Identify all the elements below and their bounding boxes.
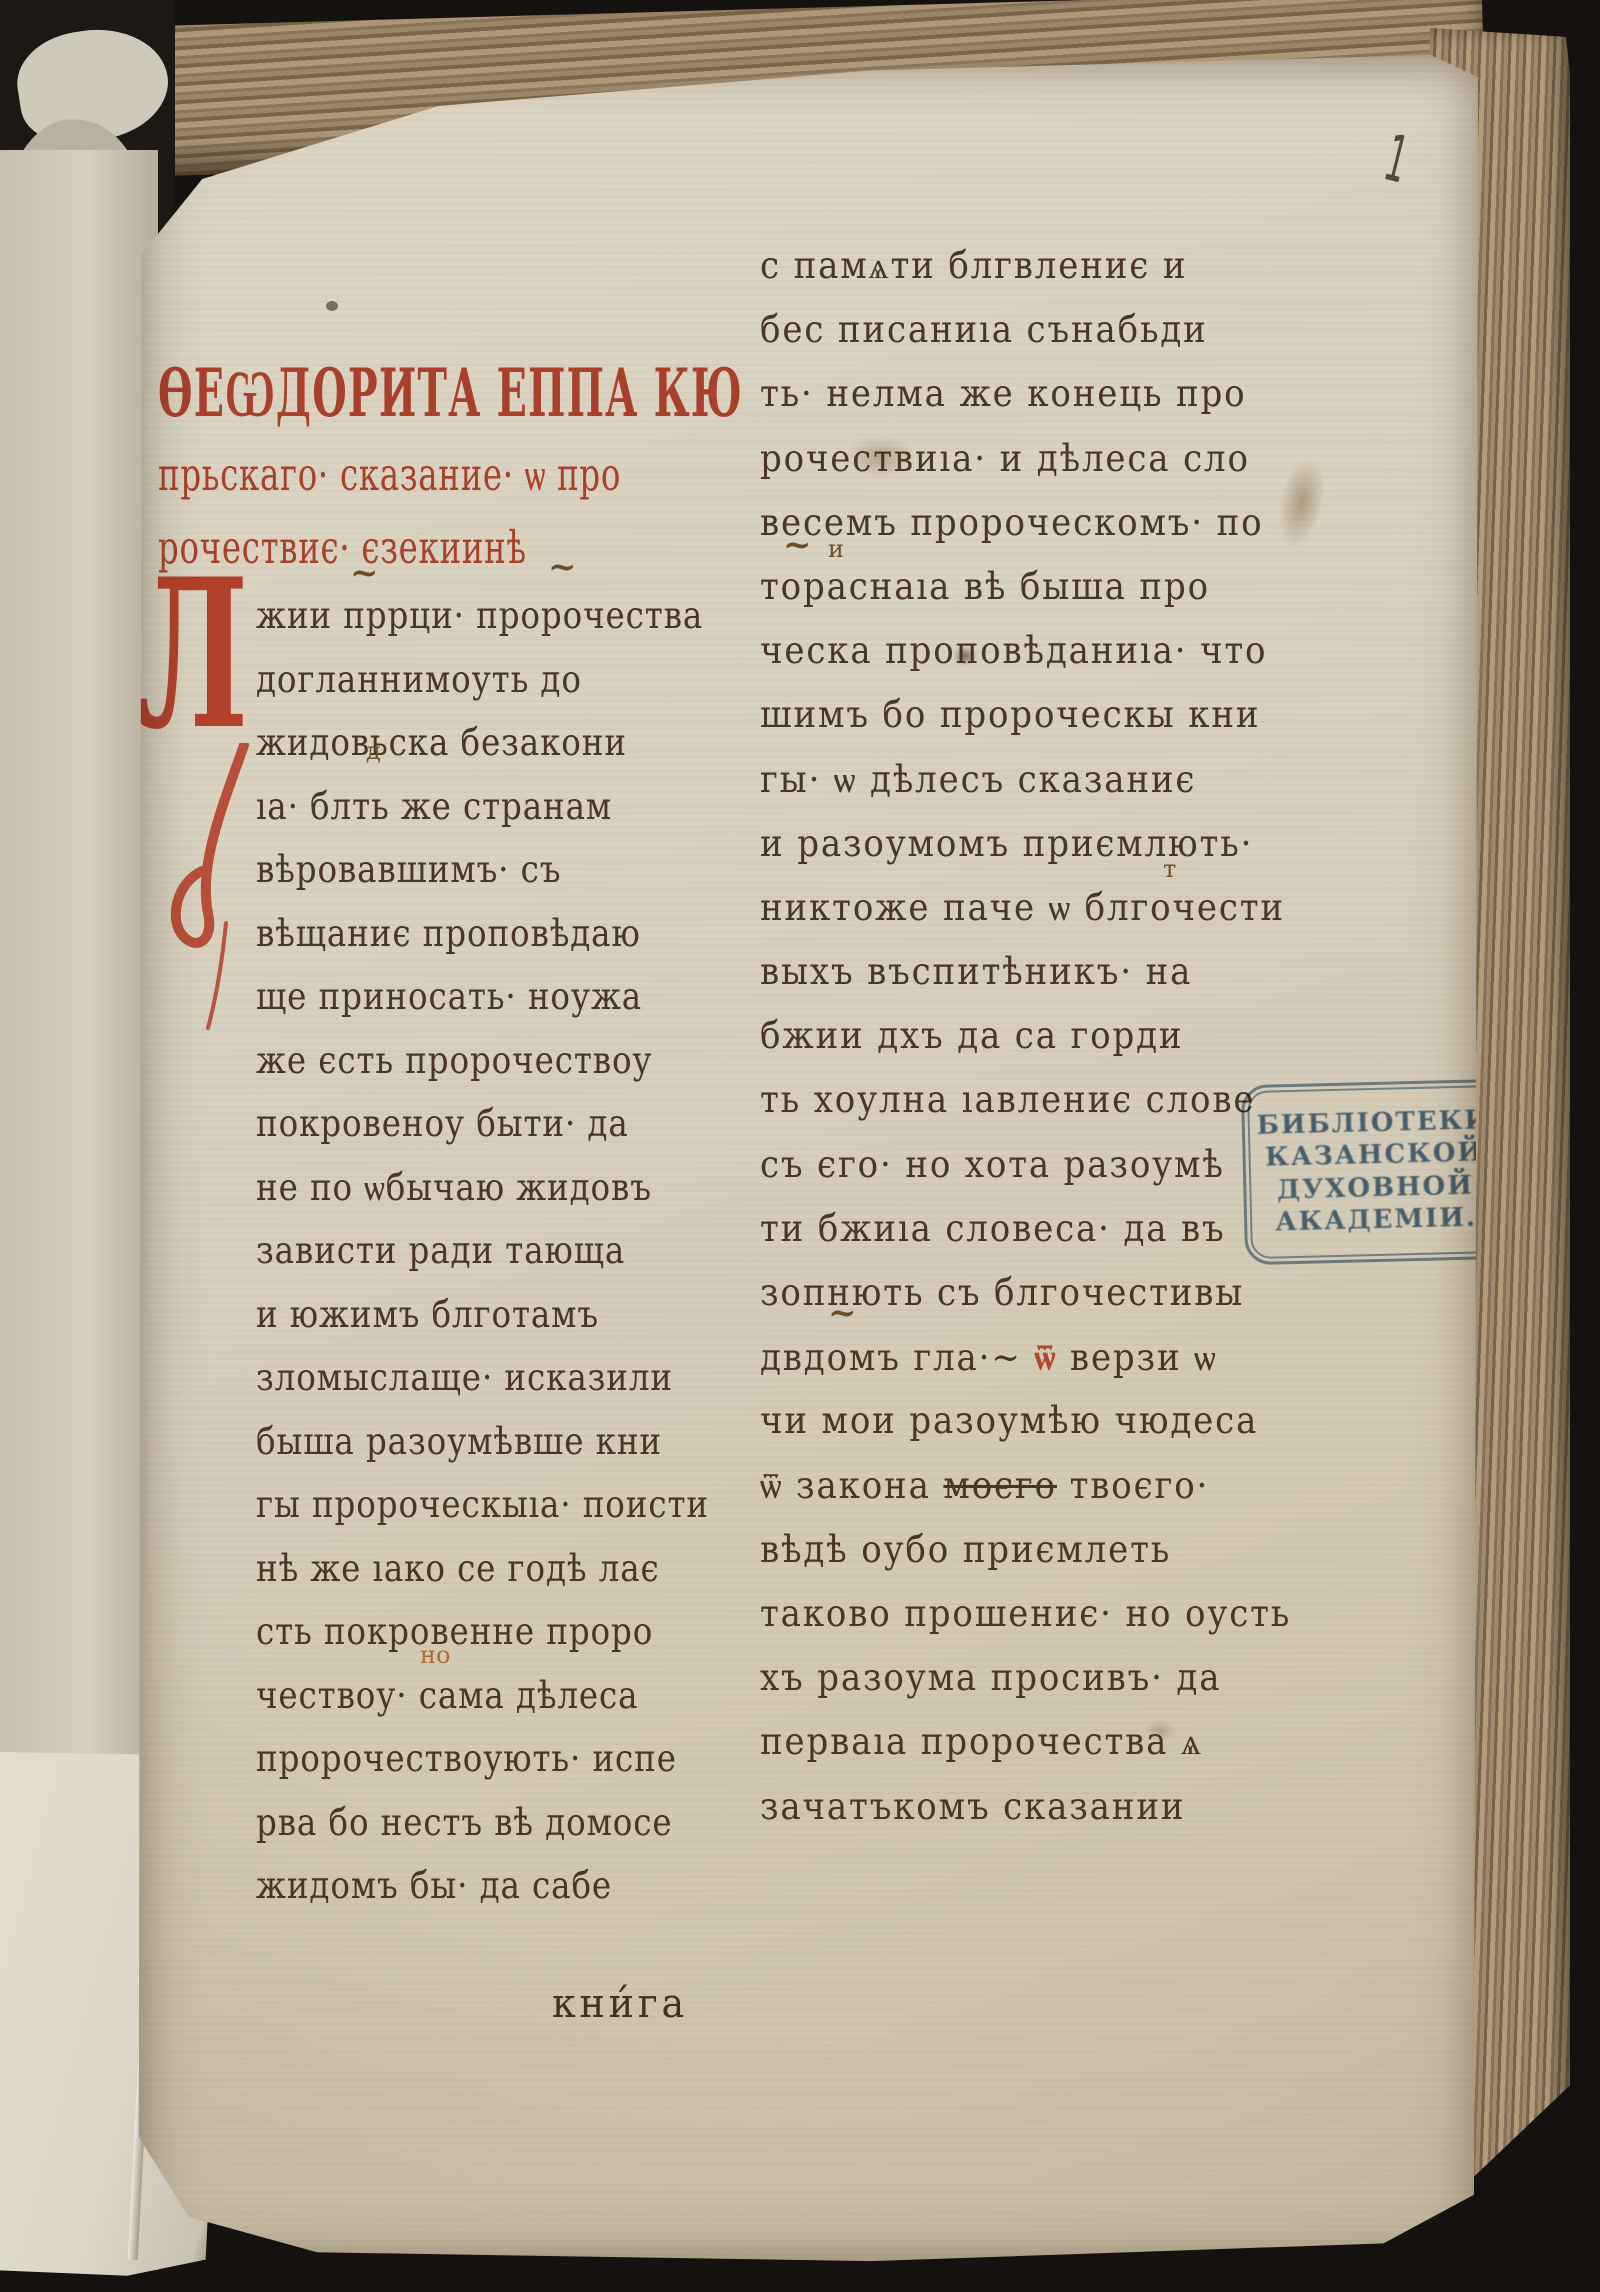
text-line: не по ѡбычаю жидовъ bbox=[256, 1160, 634, 1224]
text-line: перваıа пророчества ѧ bbox=[760, 1714, 1238, 1778]
text-line-with-correction: ѿ закона моєго твоєго· bbox=[760, 1458, 1238, 1522]
text-column-left: жии пррци· пророчества догланнимоуть до … bbox=[256, 588, 686, 1922]
text-line: тораснаıа вѣ быша про bbox=[760, 559, 1238, 623]
text-line: жии пррци· пророчества bbox=[256, 588, 634, 652]
struck-word: моєго bbox=[943, 1464, 1057, 1507]
text-line: хъ разоума просивъ· да bbox=[760, 1650, 1238, 1714]
text-line: ти бжиıа словеса· да въ bbox=[760, 1201, 1238, 1265]
rubric-omega: ѿ bbox=[1034, 1335, 1057, 1379]
text-line: зломыслаще· исказили bbox=[256, 1350, 634, 1414]
text-column-right: с памѧти блгвлениє и бес писаниıа сънабь… bbox=[760, 238, 1280, 1843]
titlo-mark: ~ bbox=[350, 553, 379, 593]
text-line: гы· ѡ дѣлесъ сказаниє bbox=[760, 752, 1238, 816]
text-line: догланнимоуть до bbox=[256, 652, 634, 716]
stamp-line: БИБЛІОТЕКИ bbox=[1256, 1105, 1491, 1142]
stamp-line: КАЗАНСКОЙ bbox=[1265, 1138, 1485, 1175]
stamp-line: ДУХОВНОЙ bbox=[1277, 1170, 1475, 1206]
text-line-with-rubric: двдомъ гла·~ ѿ верзи ѡ bbox=[760, 1329, 1238, 1393]
text-line: рочествиıа· и дѣлеса сло bbox=[760, 431, 1238, 495]
titlo-mark: ~ bbox=[548, 547, 577, 587]
text-line: рва бо нестъ вѣ домосе bbox=[256, 1795, 634, 1859]
text-line: бжии дхъ да са горди bbox=[760, 1008, 1238, 1072]
text-line: и южимъ блготамъ bbox=[256, 1287, 634, 1351]
text-line: съ єго· но хота разоумѣ bbox=[760, 1137, 1238, 1201]
text-line: быша разоумѣвше кни bbox=[256, 1414, 634, 1478]
text-segment: верзи ѡ bbox=[1057, 1336, 1217, 1379]
text-line: ще приносать· ноужа bbox=[256, 969, 634, 1033]
text-line: бес писаниıа сънабьди bbox=[760, 302, 1238, 366]
text-segment: двдомъ гла·~ bbox=[760, 1336, 1034, 1379]
text-line: чи мои разоумѣю чюдеса bbox=[760, 1393, 1238, 1457]
text-line: пророчествоують· испе bbox=[256, 1731, 634, 1795]
library-stamp: БИБЛІОТЕКИ КАЗАНСКОЙ ДУХОВНОЙ АКАДЕМІИ. bbox=[1241, 1079, 1509, 1265]
library-stamp-border: БИБЛІОТЕКИ КАЗАНСКОЙ ДУХОВНОЙ АКАДЕМІИ. bbox=[1247, 1085, 1503, 1259]
folio-number: 1 bbox=[1378, 122, 1416, 199]
text-line: вѣдѣ оубо приємлеть bbox=[760, 1522, 1238, 1586]
text-line: покровеноу быти· да bbox=[256, 1096, 634, 1160]
text-line: вѣщаниє проповѣдаю bbox=[256, 906, 634, 970]
text-line: жидовьска безакони bbox=[256, 715, 634, 779]
text-line: нѣ же ıако се годѣ лає bbox=[256, 1541, 634, 1605]
text-line: гы пророческыıа· поисти bbox=[256, 1477, 634, 1541]
superscript-correction: но bbox=[420, 1641, 450, 1669]
stamp-line: АКАДЕМІИ. bbox=[1275, 1202, 1477, 1238]
text-line: шимъ бо пророческы кни bbox=[760, 687, 1238, 751]
manuscript-photo: 1 ѲЕѠДОРИТА ЕППА КЮ прьскаго· сказание· … bbox=[0, 0, 1600, 2292]
rubric-heading-line-3: рочествиє· єзекиинѣ bbox=[158, 512, 860, 585]
text-line: ть хоулна ıавлениє слове bbox=[760, 1072, 1238, 1136]
text-line: вѣровавшимъ· съ bbox=[256, 842, 634, 906]
text-line: же єсть пророчествоу bbox=[256, 1033, 634, 1097]
titlo-mark: ~ bbox=[828, 1293, 857, 1333]
text-segment: твоєго· bbox=[1057, 1464, 1209, 1507]
text-line: ть· нелма же конець про bbox=[760, 366, 1238, 430]
text-line: ıа· блть же странам bbox=[256, 779, 634, 843]
rubric-heading-line-1: ѲЕѠДОРИТА ЕППА КЮ bbox=[158, 347, 743, 439]
superscript-correction: д bbox=[366, 737, 381, 765]
ink-stain bbox=[326, 301, 338, 311]
text-line: зачатъкомъ сказании bbox=[760, 1779, 1238, 1843]
rubric-heading-line-2: прьскаго· сказание· ѡ про bbox=[158, 439, 860, 512]
text-line: с памѧти блгвлениє и bbox=[760, 238, 1238, 302]
titlo-mark: ~ bbox=[783, 525, 812, 565]
superscript-correction: т bbox=[1163, 855, 1176, 883]
text-line: выхъ въспитѣникъ· на bbox=[760, 944, 1238, 1008]
text-line: жидомъ бы· да сабе bbox=[256, 1858, 634, 1922]
text-line: ческа проповѣданиıа· что bbox=[760, 623, 1238, 687]
text-line: никтоже паче ѡ блгочести bbox=[760, 880, 1238, 944]
text-line: зависти ради тающа bbox=[256, 1223, 634, 1287]
text-segment: ѿ закона bbox=[760, 1464, 943, 1507]
manuscript-page: 1 ѲЕѠДОРИТА ЕППА КЮ прьскаго· сказание· … bbox=[128, 55, 1478, 2270]
catchword: кни́га bbox=[552, 1981, 688, 2027]
text-line: таково прошениє· но оусть bbox=[760, 1586, 1238, 1650]
drop-initial: Л bbox=[136, 553, 248, 758]
text-line: чествоу· сама дѣлеса bbox=[256, 1668, 634, 1732]
superscript-correction: и bbox=[828, 535, 844, 563]
